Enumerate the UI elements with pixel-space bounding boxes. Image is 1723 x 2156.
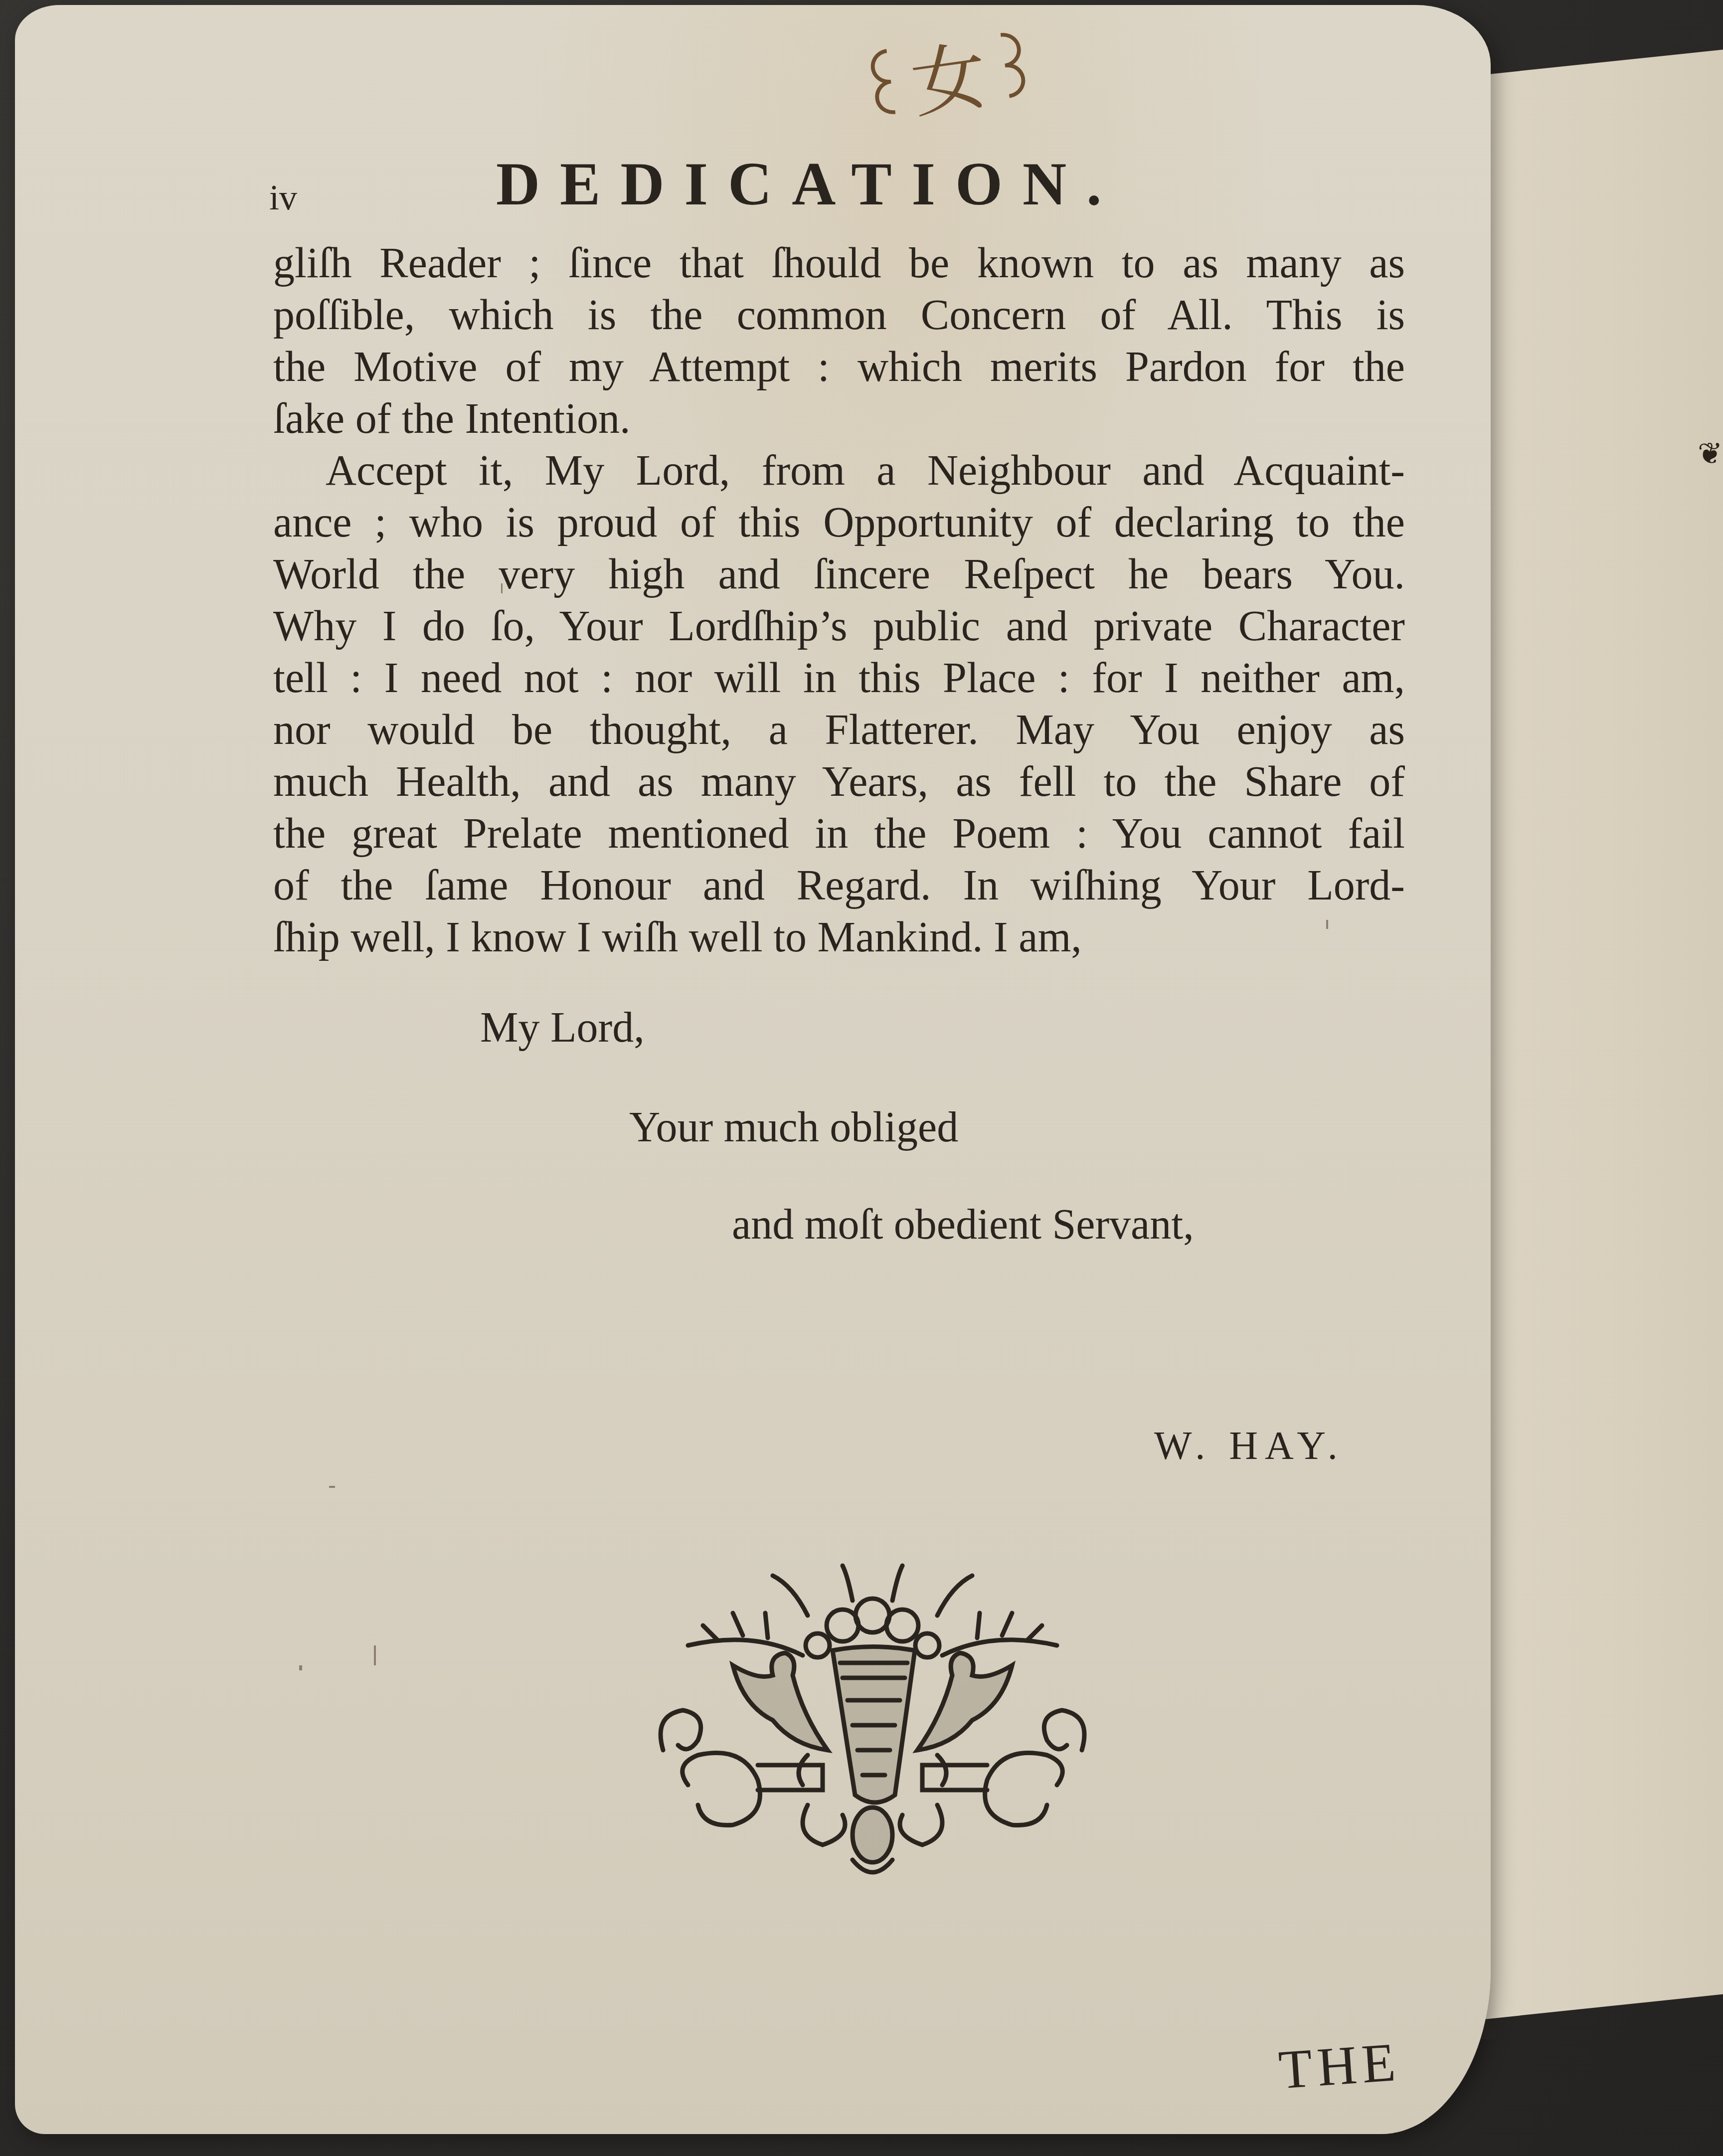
- signature: W. HAY.: [1154, 1424, 1345, 1469]
- text-line: nor would be thought, a Flatterer. May Y…: [273, 704, 1405, 755]
- text-line: much Health, and as many Years, as fell …: [273, 755, 1405, 807]
- text-line: ſhip well, I know I wiſh well to Mankind…: [273, 911, 1405, 963]
- text-line: the great Prelate mentioned in the Poem …: [273, 807, 1405, 859]
- text-line: poſſible, which is the common Concern of…: [273, 289, 1405, 341]
- text-line: Why I do ſo, Your Lordſhip’s public and …: [273, 600, 1405, 652]
- woodcut-tailpiece-ornament-icon: [643, 1556, 1102, 1885]
- text-line: ance ; who is proud of this Opportunity …: [273, 496, 1405, 548]
- text-line: Accept it, My Lord, from a Neighbour and…: [273, 444, 1405, 496]
- closing-line-servant: and moſt obedient Servant,: [732, 1199, 1194, 1249]
- text-line: World the very high and ſincere Reſpect …: [273, 548, 1405, 600]
- facing-page-ornament-fragment: ❦: [1698, 439, 1723, 469]
- text-line: tell : I need not : nor will in this Pla…: [273, 652, 1405, 704]
- closing-salutation: My Lord,: [480, 1002, 645, 1052]
- text-line: of the ſame Honour and Regard. In wiſhin…: [273, 859, 1405, 911]
- dedication-body: gliſh Reader ; ſince that ſhould be know…: [273, 237, 1405, 963]
- text-line: gliſh Reader ; ſince that ſhould be know…: [273, 237, 1405, 289]
- closing-line-obliged: Your much obliged: [629, 1102, 958, 1152]
- text-line: ſake of the Intention.: [273, 392, 1405, 444]
- catchword: THE: [1277, 2030, 1402, 2102]
- page-number: iv: [269, 177, 297, 218]
- running-head-title: DEDICATION.: [496, 150, 1122, 219]
- text-line: the Motive of my Attempt : which merits …: [273, 341, 1405, 392]
